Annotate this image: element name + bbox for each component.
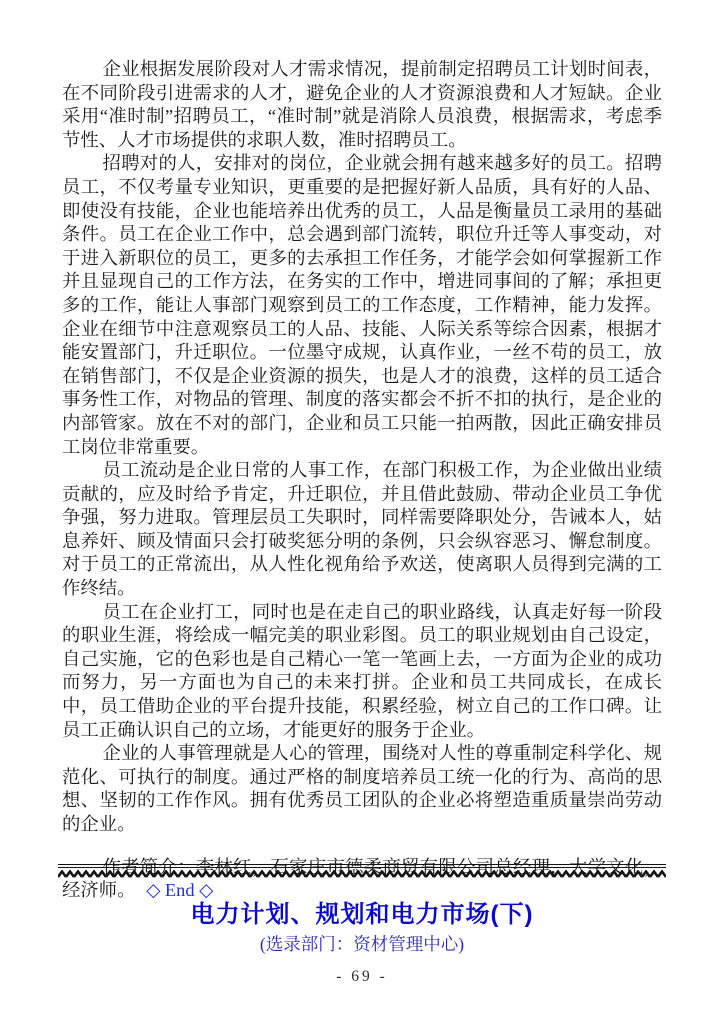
article-body: 企业根据发展阶段对人才需求情况，提前制定招聘员工计划时间表，在不同阶段引进需求的… [62,58,662,903]
paragraph-hr-management: 企业的人事管理就是人心的管理，围绕对人性的尊重制定科学化、规范化、可执行的制度。… [62,742,662,836]
paragraph-career-path: 员工在企业打工，同时也是在走自己的职业路线，认真走好每一阶段的职业生涯，将绘成一… [62,601,662,743]
divider-double-line [58,864,666,868]
page-number: - 69 - [0,968,724,986]
zigzag-pattern-icon [58,870,666,879]
paragraph-staff-flow: 员工流动是企业日常的人事工作，在部门积极工作，为企业做出业绩贡献的，应及时给予肯… [62,459,662,601]
next-article-title: 电力计划、规划和电力市场(下) [0,894,724,929]
document-page: 企业根据发展阶段对人才需求情况，提前制定招聘员工计划时间表，在不同阶段引进需求的… [0,0,724,1024]
paragraph-recruit-plan: 企业根据发展阶段对人才需求情况，提前制定招聘员工计划时间表，在不同阶段引进需求的… [62,58,662,152]
paragraph-right-person: 招聘对的人，安排对的岗位，企业就会拥有越来越多好的员工。招聘员工，不仅考量专业知… [62,152,662,459]
section-divider [58,864,666,879]
next-article-subtitle: (选录部门：资材管理中心) [0,931,724,956]
